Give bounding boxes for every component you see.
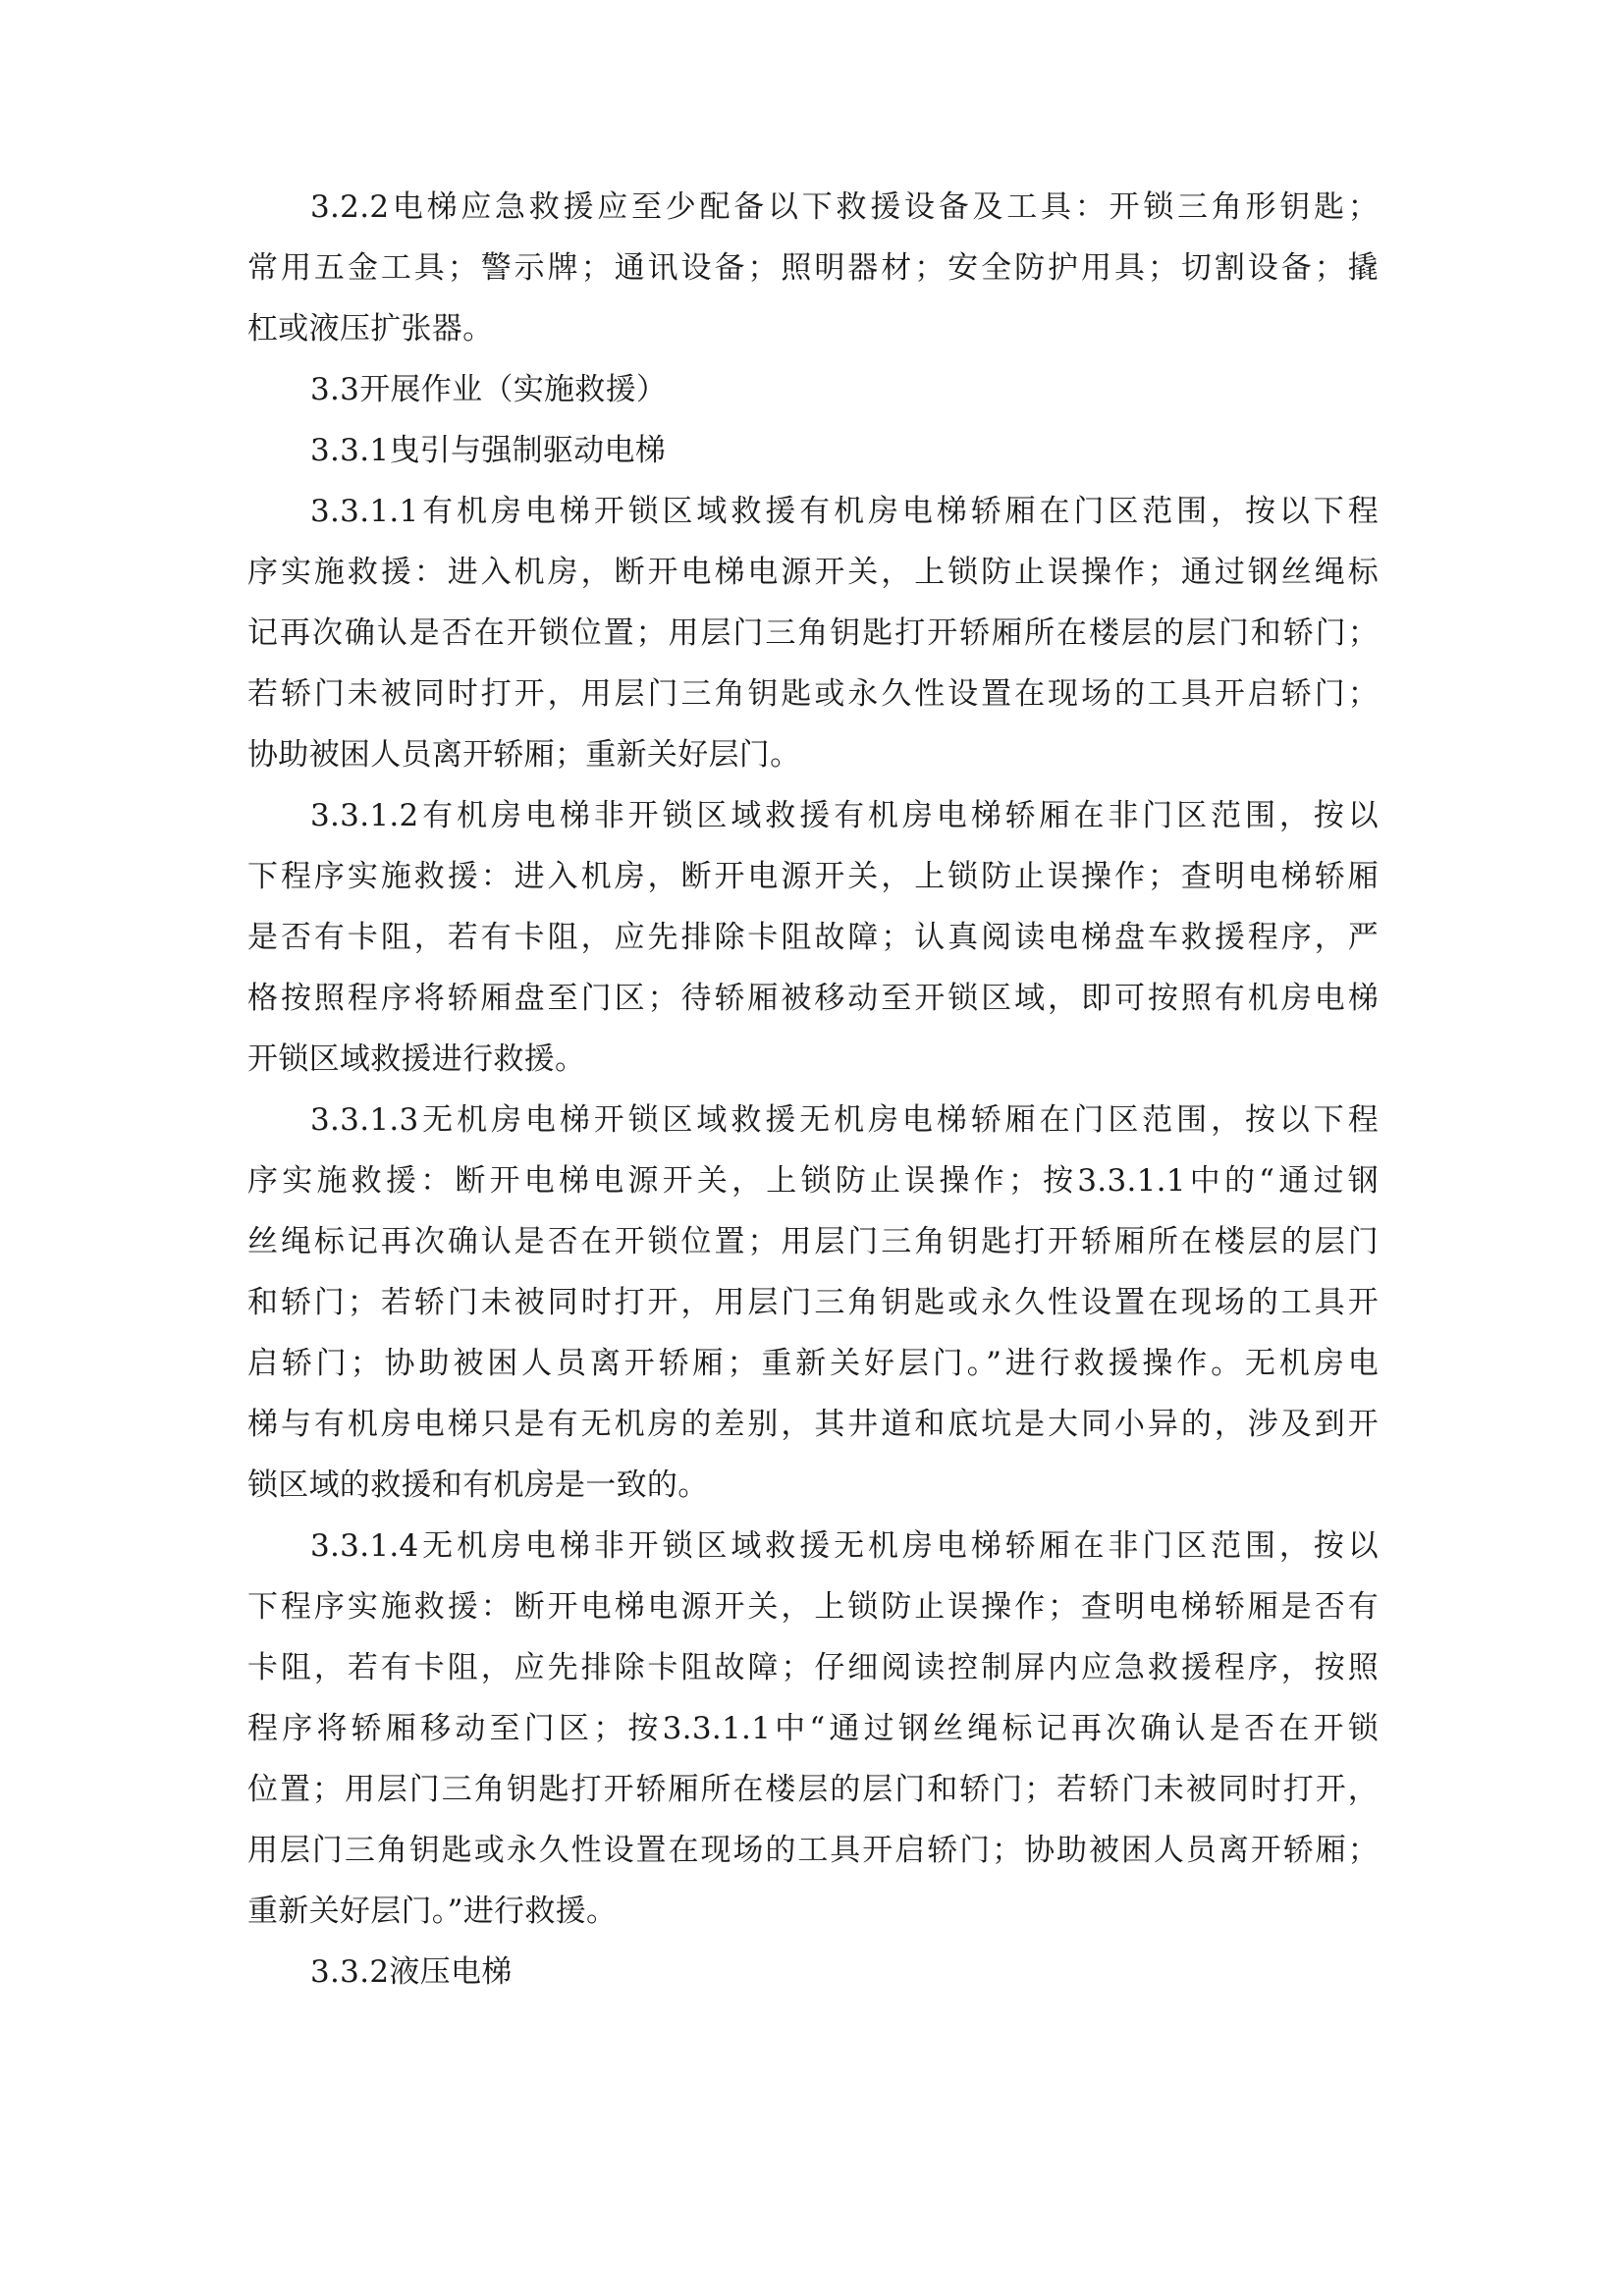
text-line: 下程序实施救援：断开电梯电源开关，上锁防止误操作；查明电梯轿厢是否有 [247, 1576, 1379, 1637]
text-line: 3.3.1.2有机房电梯非开锁区域救援有机房电梯轿厢在非门区范围，按以 [247, 785, 1379, 846]
text-line: 协助被困人员离开轿厢；重新关好层门。 [247, 724, 1379, 785]
document-page: 3.2.2电梯应急救援应至少配备以下救援设备及工具：开锁三角形钥匙； 常用五金工… [247, 177, 1379, 2002]
text-line: 丝绳标记再次确认是否在开锁位置；用层门三角钥匙打开轿厢所在楼层的层门 [247, 1211, 1379, 1272]
text-line: 格按照程序将轿厢盘至门区；待轿厢被移动至开锁区域，即可按照有机房电梯 [247, 968, 1379, 1029]
paragraph-3-3-1-1: 3.3.1.1有机房电梯开锁区域救援有机房电梯轿厢在门区范围，按以下程 序实施救… [247, 481, 1379, 785]
paragraph-3-3-1-2: 3.3.1.2有机房电梯非开锁区域救援有机房电梯轿厢在非门区范围，按以 下程序实… [247, 785, 1379, 1090]
text-line: 若轿门未被同时打开，用层门三角钥匙或永久性设置在现场的工具开启轿门； [247, 664, 1379, 724]
text-line: 开锁区域救援进行救援。 [247, 1029, 1379, 1090]
text-line: 序实施救援：断开电梯电源开关，上锁防止误操作；按3.3.1.1中的“通过钢 [247, 1150, 1379, 1211]
text-line: 卡阻，若有卡阻，应先排除卡阻故障；仔细阅读控制屏内应急救援程序，按照 [247, 1637, 1379, 1698]
text-line: 是否有卡阻，若有卡阻，应先排除卡阻故障；认真阅读电梯盘车救援程序，严 [247, 907, 1379, 968]
text-line: 位置；用层门三角钥匙打开轿厢所在楼层的层门和轿门；若轿门未被同时打开， [247, 1759, 1379, 1820]
text-line: 重新关好层门。”进行救援。 [247, 1881, 1379, 1942]
heading-3-3-1: 3.3.1曳引与强制驱动电梯 [247, 420, 1379, 481]
text-line: 杠或液压扩张器。 [247, 298, 1379, 359]
paragraph-3-2-2: 3.2.2电梯应急救援应至少配备以下救援设备及工具：开锁三角形钥匙； 常用五金工… [247, 177, 1379, 359]
text-line: 序实施救援：进入机房，断开电梯电源开关，上锁防止误操作；通过钢丝绳标 [247, 542, 1379, 603]
text-line: 锁区域的救援和有机房是一致的。 [247, 1455, 1379, 1516]
text-line: 3.3.1.3无机房电梯开锁区域救援无机房电梯轿厢在门区范围，按以下程 [247, 1090, 1379, 1150]
text-line: 用层门三角钥匙或永久性设置在现场的工具开启轿门；协助被困人员离开轿厢； [247, 1820, 1379, 1881]
text-line: 启轿门；协助被困人员离开轿厢；重新关好层门。”进行救援操作。无机房电 [247, 1333, 1379, 1394]
heading-3-3-2: 3.3.2液压电梯 [247, 1942, 1379, 2002]
paragraph-3-3-1-3: 3.3.1.3无机房电梯开锁区域救援无机房电梯轿厢在门区范围，按以下程 序实施救… [247, 1090, 1379, 1516]
text-line: 和轿门；若轿门未被同时打开，用层门三角钥匙或永久性设置在现场的工具开 [247, 1272, 1379, 1333]
heading-3-3: 3.3开展作业（实施救援） [247, 359, 1379, 420]
text-line: 常用五金工具；警示牌；通讯设备；照明器材；安全防护用具；切割设备；撬 [247, 238, 1379, 298]
text-line: 程序将轿厢移动至门区；按3.3.1.1中“通过钢丝绳标记再次确认是否在开锁 [247, 1698, 1379, 1759]
text-line: 3.3.1.4无机房电梯非开锁区域救援无机房电梯轿厢在非门区范围，按以 [247, 1516, 1379, 1576]
paragraph-3-3-1-4: 3.3.1.4无机房电梯非开锁区域救援无机房电梯轿厢在非门区范围，按以 下程序实… [247, 1516, 1379, 1942]
section-heading: 3.3.1曳引与强制驱动电梯 [247, 420, 1379, 481]
text-line: 记再次确认是否在开锁位置；用层门三角钥匙打开轿厢所在楼层的层门和轿门； [247, 603, 1379, 664]
text-line: 3.3.1.1有机房电梯开锁区域救援有机房电梯轿厢在门区范围，按以下程 [247, 481, 1379, 542]
text-line: 梯与有机房电梯只是有无机房的差别，其井道和底坑是大同小异的，涉及到开 [247, 1394, 1379, 1455]
text-line: 3.2.2电梯应急救援应至少配备以下救援设备及工具：开锁三角形钥匙； [247, 177, 1379, 238]
section-heading: 3.3.2液压电梯 [247, 1942, 1379, 2002]
section-heading: 3.3开展作业（实施救援） [247, 359, 1379, 420]
text-line: 下程序实施救援：进入机房，断开电源开关，上锁防止误操作；查明电梯轿厢 [247, 846, 1379, 907]
